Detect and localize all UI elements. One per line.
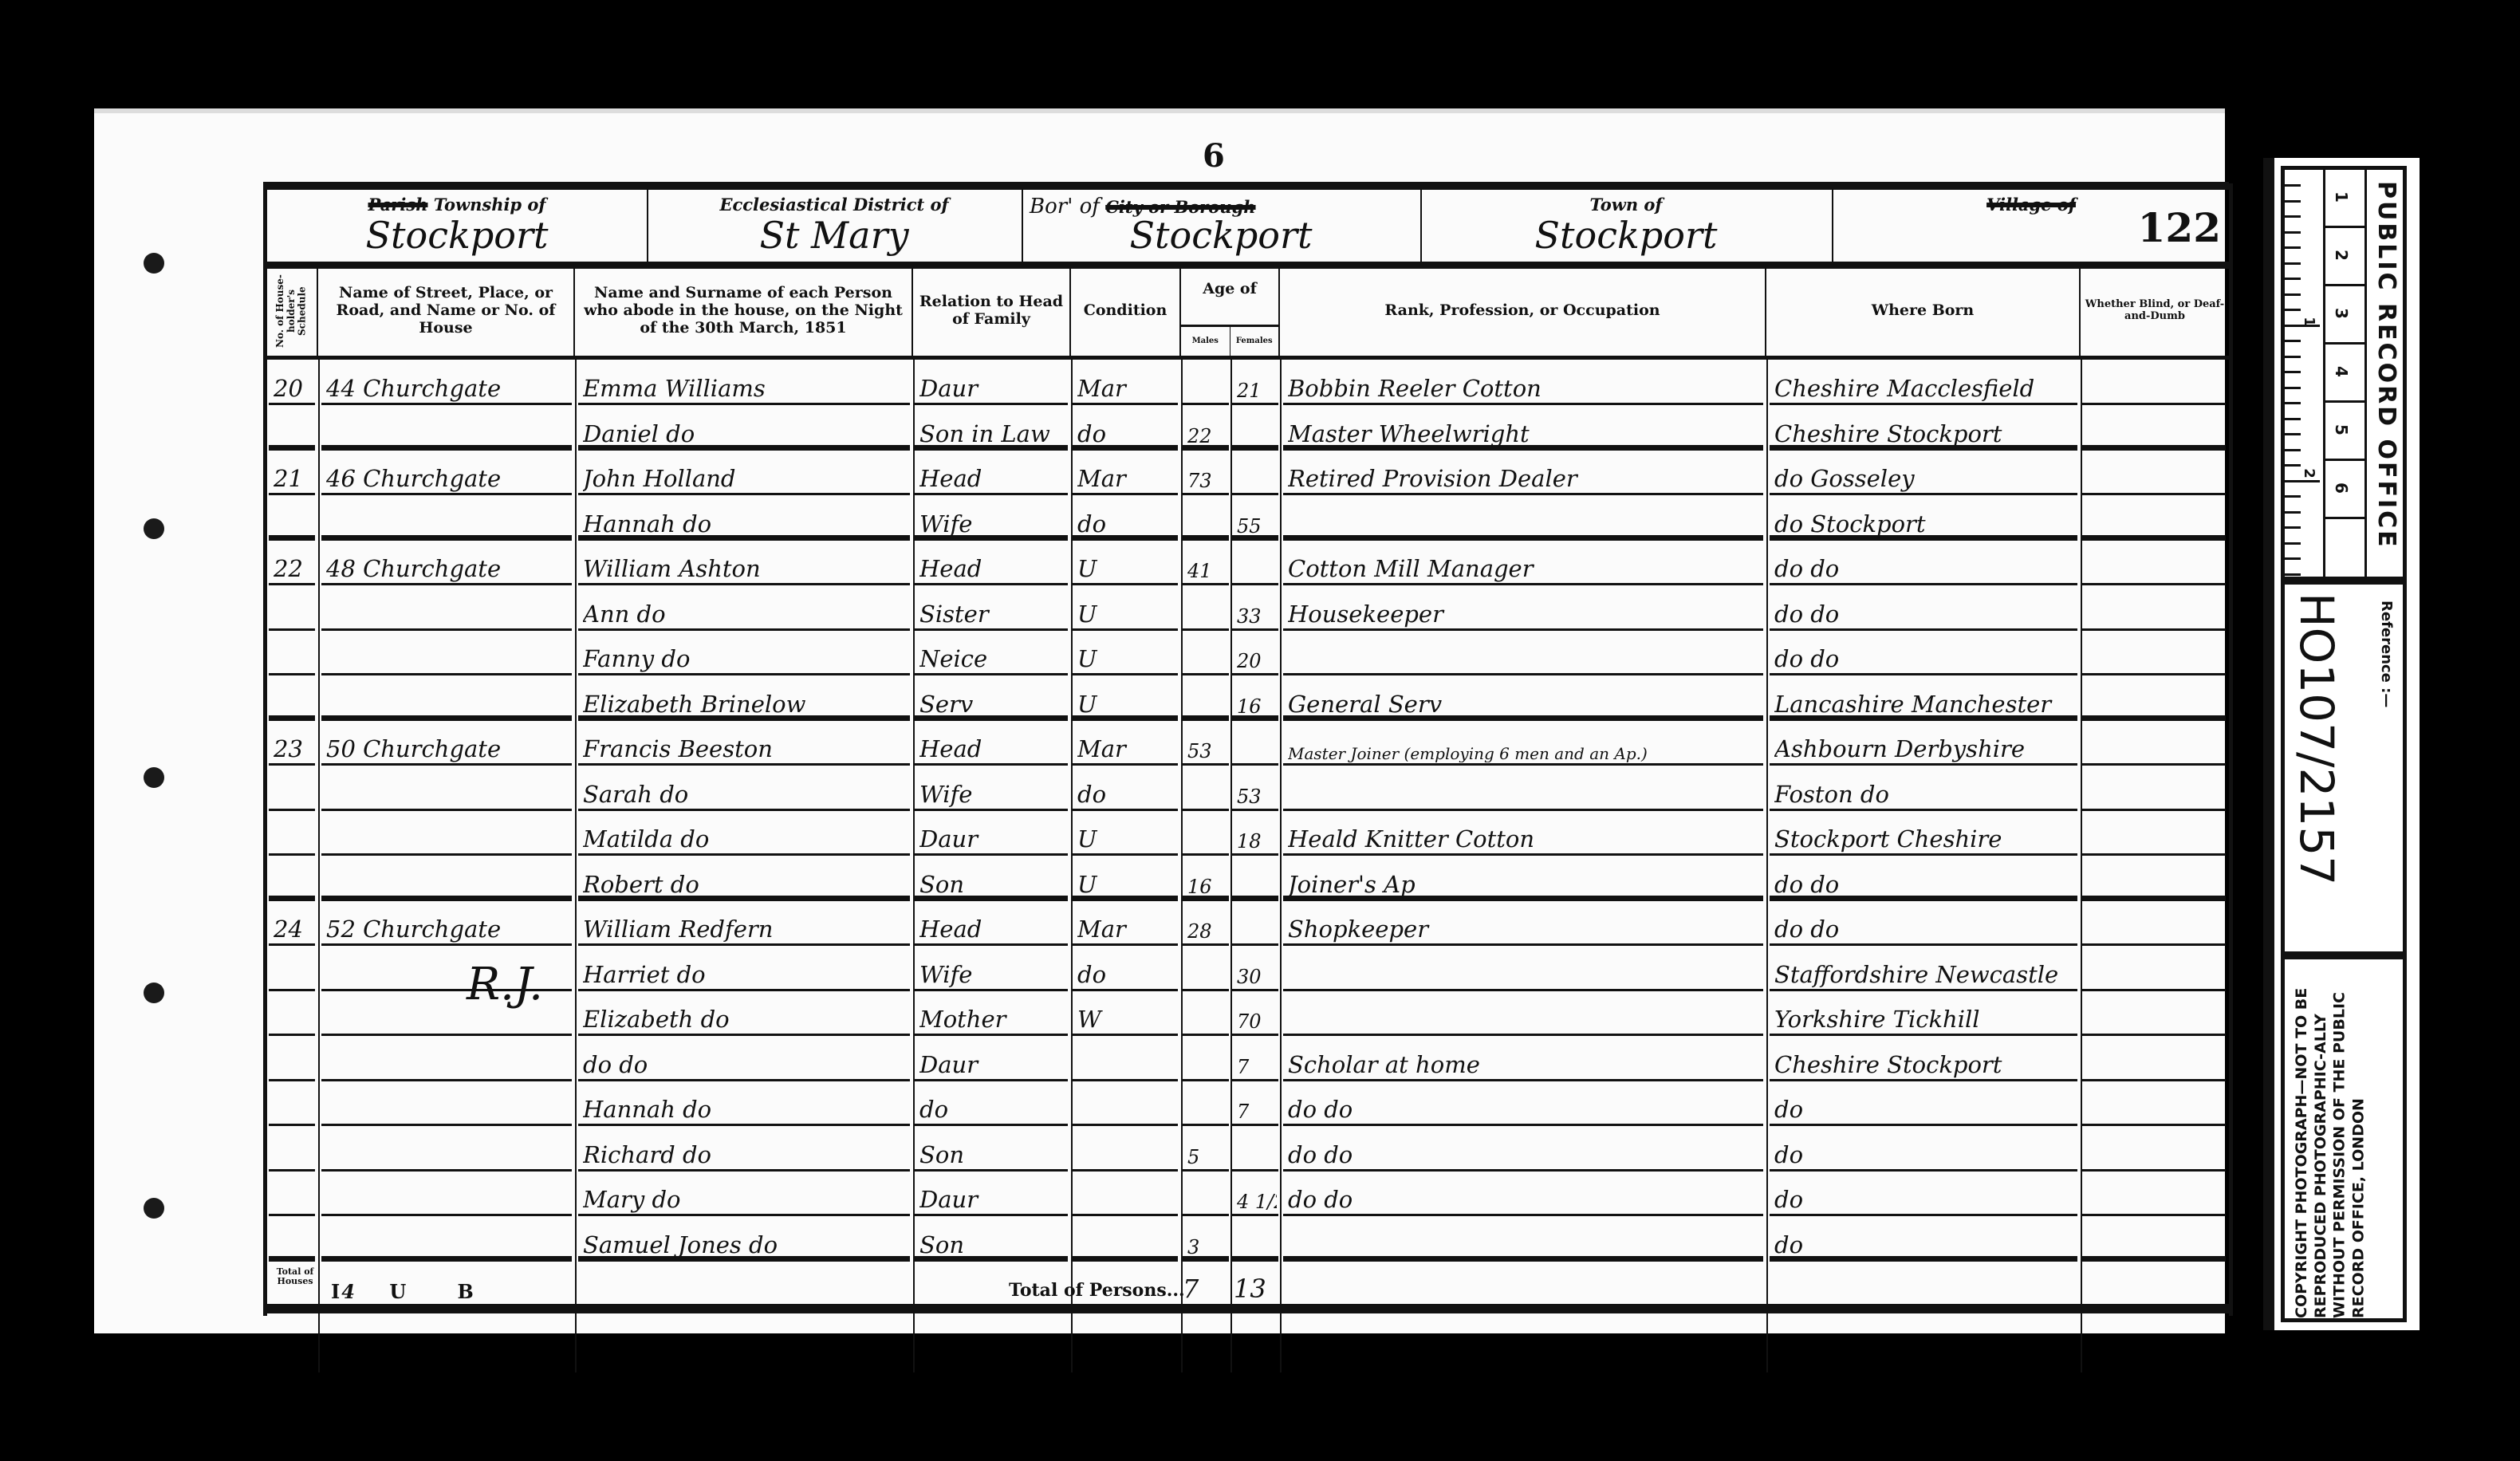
- scale-cell: 5: [2323, 403, 2364, 461]
- cell-age-m: 28: [1187, 920, 1227, 943]
- cell-relation: Sister: [919, 601, 1066, 628]
- cell-age-f: 18: [1237, 830, 1277, 853]
- form-bottom-border: [263, 1304, 2229, 1313]
- cell-name: Elizabeth Brinelow: [583, 691, 908, 718]
- cell-schedule: 21: [274, 465, 313, 492]
- struck-village-label: Village of: [1986, 195, 2076, 215]
- col-occupation: Rank, Profession, or Occupation: [1280, 266, 1766, 356]
- cell-birthplace: Foston do: [1774, 781, 2076, 808]
- cell-condition: do: [1077, 781, 1176, 808]
- cell-relation: Head: [919, 555, 1066, 582]
- town-label: Town of: [1420, 195, 1832, 215]
- cell-relation: Son: [919, 1231, 1066, 1258]
- cell-birthplace: do do: [1774, 645, 2076, 672]
- cell-relation: Daur: [919, 825, 1066, 853]
- col-condition: Condition: [1071, 266, 1181, 356]
- census-row: do doDaur7Scholar at homeCheshire Stockp…: [267, 1036, 2229, 1081]
- col-name: Name and Surname of each Person who abod…: [575, 266, 913, 356]
- cell-age-f: 30: [1237, 966, 1277, 988]
- cell-condition: U: [1077, 871, 1176, 898]
- ruler-tick: [2285, 246, 2301, 249]
- cell-birthplace: do: [1774, 1231, 2076, 1258]
- heading-town: Town of Stockport: [1420, 190, 1833, 262]
- census-row: 2452 ChurchgateWilliam RedfernHeadMar28S…: [267, 900, 2229, 946]
- census-row: Sarah doWifedo53Foston do: [267, 766, 2229, 811]
- census-row: Hannah doWifedo55do Stockport: [267, 495, 2229, 541]
- ruler-tick: [2285, 371, 2301, 373]
- census-row: 2044 ChurchgateEmma WilliamsDaurMar21Bob…: [267, 360, 2229, 405]
- cell-address: 44 Churchgate: [326, 375, 570, 402]
- pro-reference-box: Reference :— HO107/2157: [2281, 581, 2407, 955]
- cell-condition: do: [1077, 420, 1176, 447]
- ruler-tick: [2285, 340, 2301, 342]
- cell-occupation: Master Wheelwright: [1288, 420, 1762, 447]
- column-headers: No. of House-holder's Schedule Name of S…: [267, 266, 2229, 360]
- cell-relation: Neice: [919, 645, 1066, 672]
- cell-address: 50 Churchgate: [326, 735, 570, 762]
- scale-number: 3: [2332, 308, 2351, 319]
- cell-relation: Daur: [919, 1051, 1066, 1078]
- cell-address: 46 Churchgate: [326, 465, 570, 492]
- cell-relation: Son: [919, 871, 1066, 898]
- cell-age-m: 5: [1187, 1146, 1227, 1168]
- census-row: Fanny doNeiceU20do do: [267, 630, 2229, 675]
- cell-occupation: Bobbin Reeler Cotton: [1288, 375, 1762, 402]
- cell-relation: Head: [919, 916, 1066, 943]
- cell-age-f: 33: [1237, 605, 1277, 628]
- binding-hole: [144, 518, 164, 539]
- census-row: Richard doSon5do dodo: [267, 1126, 2229, 1172]
- cell-occupation: Joiner's Ap: [1288, 871, 1762, 898]
- cell-name: Samuel Jones do: [583, 1231, 908, 1258]
- cell-birthplace: do do: [1774, 555, 2076, 582]
- total-males: 7: [1183, 1274, 1199, 1304]
- ruler-tick: [2285, 293, 2301, 296]
- census-row: Elizabeth doMotherW70Yorkshire Tickhill: [267, 990, 2229, 1036]
- cell-name: Elizabeth do: [583, 1006, 908, 1033]
- census-row: 2248 ChurchgateWilliam AshtonHeadU41Cott…: [267, 540, 2229, 585]
- cell-birthplace: Yorkshire Tickhill: [1774, 1006, 2076, 1033]
- cell-address: 48 Churchgate: [326, 555, 570, 582]
- township-value: Stockport: [267, 214, 647, 257]
- scale-cell: 2: [2323, 228, 2364, 286]
- total-houses: I4 U B: [331, 1280, 475, 1303]
- borough-value: Stockport: [1022, 214, 1420, 257]
- ecclesiastical-label: Ecclesiastical District of: [647, 195, 1022, 215]
- ruler-tick: [2285, 278, 2301, 280]
- cell-age-m: 53: [1187, 740, 1227, 762]
- ruler-tick: [2285, 418, 2301, 420]
- cell-birthplace: Ashbourn Derbyshire: [1774, 735, 2076, 762]
- total-females: 13: [1234, 1274, 1266, 1304]
- cell-relation: Wife: [919, 781, 1066, 808]
- pro-copyright-box: COPYRIGHT PHOTOGRAPH—NOT TO BE REPRODUCE…: [2281, 955, 2407, 1322]
- pro-strip: 12 123456 PUBLIC RECORD OFFICE Reference…: [2263, 158, 2420, 1330]
- ruler-tick: [2285, 449, 2301, 451]
- heading-village: Village of 122: [1832, 190, 2229, 262]
- cell-relation: Daur: [919, 375, 1066, 402]
- scale-number: 4: [2332, 366, 2351, 377]
- cell-birthplace: do: [1774, 1186, 2076, 1213]
- binding-hole: [144, 253, 164, 274]
- ruler-number: 2: [2301, 468, 2317, 478]
- cell-relation: Head: [919, 735, 1066, 762]
- cell-condition: U: [1077, 601, 1176, 628]
- census-row: Harriet doWifedo30Staffordshire Newcastl…: [267, 946, 2229, 991]
- scale-cells: 123456: [2323, 170, 2367, 577]
- census-row: Robert doSonU16Joiner's Apdo do: [267, 856, 2229, 901]
- page-number: 6: [1203, 137, 1225, 175]
- ruler-tick: [2285, 542, 2301, 545]
- cell-occupation: General Serv: [1288, 691, 1762, 718]
- cell-relation: do: [919, 1096, 1066, 1123]
- ruler-tick: [2285, 464, 2301, 467]
- cell-name: Hannah do: [583, 510, 908, 538]
- scale-cell: 3: [2323, 286, 2364, 345]
- scale-cell: 1: [2323, 170, 2364, 228]
- ruler-tick: [2285, 511, 2301, 514]
- margin-annotation: R.J.: [467, 959, 543, 1010]
- binding-hole: [144, 983, 164, 1003]
- cell-age-m: 3: [1187, 1236, 1227, 1258]
- ruler-tick: [2285, 402, 2301, 404]
- census-row: 2350 ChurchgateFrancis BeestonHeadMar53M…: [267, 720, 2229, 766]
- cell-relation: Serv: [919, 691, 1066, 718]
- cell-condition: U: [1077, 691, 1176, 718]
- cell-name: Francis Beeston: [583, 735, 908, 762]
- col-age: Age of Males Females: [1181, 266, 1280, 356]
- copyright-notice: COPYRIGHT PHOTOGRAPH—NOT TO BE REPRODUCE…: [2293, 967, 2368, 1318]
- cell-age-f: 20: [1237, 650, 1277, 672]
- cell-name: Emma Williams: [583, 375, 908, 402]
- cell-condition: W: [1077, 1006, 1176, 1033]
- cell-relation: Son in Law: [919, 420, 1066, 447]
- ruler-tick: [2285, 184, 2301, 187]
- cell-condition: Mar: [1077, 735, 1176, 762]
- cell-occupation: do do: [1288, 1096, 1762, 1123]
- cell-birthplace: Cheshire Stockport: [1774, 1051, 2076, 1078]
- cell-schedule: 22: [274, 555, 313, 582]
- cell-schedule: 23: [274, 735, 313, 762]
- ruler-tick: [2285, 480, 2320, 482]
- cell-occupation: Master Joiner (employing 6 men and an Ap…: [1288, 746, 1762, 762]
- cell-age-f: 7: [1237, 1056, 1277, 1078]
- struck-parish-label: Parish: [368, 195, 428, 215]
- cell-occupation: Housekeeper: [1288, 601, 1762, 628]
- cell-name: John Holland: [583, 465, 908, 492]
- cell-age-m: 73: [1187, 470, 1227, 492]
- cell-birthplace: do Gosseley: [1774, 465, 2076, 492]
- cell-condition: U: [1077, 825, 1176, 853]
- total-houses-label: Total of Houses: [270, 1267, 320, 1286]
- ruler-tick: [2285, 387, 2301, 389]
- cell-name: Ann do: [583, 601, 908, 628]
- cell-relation: Daur: [919, 1186, 1066, 1213]
- cell-relation: Son: [919, 1141, 1066, 1168]
- col-address: Name of Street, Place, or Road, and Name…: [318, 266, 575, 356]
- cell-age-f: 7: [1237, 1101, 1277, 1123]
- cell-birthplace: Stockport Cheshire: [1774, 825, 2076, 853]
- census-row: Samuel Jones doSon3do: [267, 1216, 2229, 1262]
- ruler-tick: [2285, 573, 2301, 576]
- cell-relation: Wife: [919, 961, 1066, 988]
- census-entries: 2044 ChurchgateEmma WilliamsDaurMar21Bob…: [267, 360, 2229, 1420]
- heading-ecclesiastical: Ecclesiastical District of St Mary: [647, 190, 1023, 262]
- ecclesiastical-value: St Mary: [647, 214, 1022, 257]
- census-row: Elizabeth BrinelowServU16General ServLan…: [267, 675, 2229, 721]
- cell-occupation: Retired Provision Dealer: [1288, 465, 1762, 492]
- heading-township: Parish Township of Stockport: [267, 190, 648, 262]
- cell-birthplace: do: [1774, 1141, 2076, 1168]
- cell-condition: Mar: [1077, 375, 1176, 402]
- heading-borough: Bor' of City or Borough Stockport: [1022, 190, 1422, 262]
- cell-occupation: do do: [1288, 1186, 1762, 1213]
- cell-birthplace: Cheshire Macclesfield: [1774, 375, 2076, 402]
- cell-condition: Mar: [1077, 465, 1176, 492]
- cell-birthplace: do do: [1774, 871, 2076, 898]
- binding-hole: [144, 767, 164, 788]
- cell-condition: do: [1077, 961, 1176, 988]
- cell-birthplace: do do: [1774, 601, 2076, 628]
- cell-name: Hannah do: [583, 1096, 908, 1123]
- binding-hole: [144, 1198, 164, 1219]
- scale-number: 5: [2332, 424, 2351, 435]
- cell-age-f: 21: [1237, 380, 1277, 402]
- cell-birthplace: Staffordshire Newcastle: [1774, 961, 2076, 988]
- cell-age-f: 55: [1237, 515, 1277, 538]
- cell-relation: Head: [919, 465, 1066, 492]
- cell-name: Harriet do: [583, 961, 908, 988]
- col-birthplace: Where Born: [1766, 266, 2081, 356]
- ruler-tick: [2285, 309, 2301, 311]
- scale-number: 2: [2332, 250, 2351, 261]
- cell-birthplace: do do: [1774, 916, 2076, 943]
- form-heading: Parish Township of Stockport Ecclesiasti…: [267, 190, 2229, 269]
- cell-age-m: 16: [1187, 876, 1227, 898]
- cell-age-m: 22: [1187, 425, 1227, 447]
- cell-condition: Mar: [1077, 916, 1176, 943]
- cell-name: Matilda do: [583, 825, 908, 853]
- cell-birthplace: Cheshire Stockport: [1774, 420, 2076, 447]
- census-row: Hannah dodo7do dodo: [267, 1081, 2229, 1126]
- cell-name: Richard do: [583, 1141, 908, 1168]
- page-code: 122: [2138, 204, 2221, 251]
- census-form: Parish Township of Stockport Ecclesiasti…: [263, 183, 2233, 1316]
- ruler-tick: [2285, 215, 2301, 218]
- scale-number: 6: [2332, 482, 2351, 494]
- total-persons-label: Total of Persons...: [1009, 1280, 1185, 1301]
- cell-name: William Ashton: [583, 555, 908, 582]
- cell-age-f: 4 1/2: [1237, 1191, 1277, 1213]
- census-row: Mary doDaur4 1/2do dodo: [267, 1171, 2229, 1216]
- cell-relation: Wife: [919, 510, 1066, 538]
- col-infirmity: Whether Blind, or Deaf-and-Dumb: [2081, 266, 2229, 356]
- cell-condition: do: [1077, 510, 1176, 538]
- cell-age-m: 41: [1187, 560, 1227, 582]
- scale-number: 1: [2332, 191, 2351, 203]
- cell-relation: Mother: [919, 1006, 1066, 1033]
- ruler-tick: [2285, 200, 2301, 203]
- cell-name: William Redfern: [583, 916, 908, 943]
- cell-age-f: 70: [1237, 1010, 1277, 1033]
- cell-name: Robert do: [583, 871, 908, 898]
- town-value: Stockport: [1420, 214, 1832, 257]
- cell-age-f: 16: [1237, 695, 1277, 718]
- cell-name: Daniel do: [583, 420, 908, 447]
- scale-cell: 4: [2323, 345, 2364, 403]
- ruler-tick: [2285, 557, 2301, 560]
- ruler-tick: [2285, 495, 2301, 498]
- cell-schedule: 20: [274, 375, 313, 402]
- reference-value: HO107/2157: [2290, 593, 2344, 885]
- cell-birthplace: Lancashire Manchester: [1774, 691, 2076, 718]
- col-relation: Relation to Head of Family: [913, 266, 1071, 356]
- ruler-tick: [2285, 262, 2301, 265]
- township-label: Township of: [434, 195, 546, 215]
- cell-name: do do: [583, 1051, 908, 1078]
- cell-name: Sarah do: [583, 781, 908, 808]
- cell-schedule: 24: [274, 916, 313, 943]
- ruler-number: 1: [2301, 317, 2317, 327]
- ruler-tick: [2285, 433, 2301, 435]
- ruler-tick: [2285, 526, 2301, 529]
- scale-cell: 6: [2323, 461, 2364, 519]
- census-row: Daniel doSon in Lawdo22Master Wheelwrigh…: [267, 405, 2229, 451]
- census-row: Matilda doDaurU18Heald Knitter CottonSto…: [267, 810, 2229, 856]
- col-schedule: No. of House-holder's Schedule: [267, 266, 318, 356]
- ruler: 12: [2285, 170, 2325, 577]
- cell-condition: U: [1077, 645, 1176, 672]
- cell-occupation: Cotton Mill Manager: [1288, 555, 1762, 582]
- cell-age-f: 53: [1237, 786, 1277, 808]
- census-row: Ann doSisterU33Housekeeperdo do: [267, 585, 2229, 631]
- cell-birthplace: do Stockport: [1774, 510, 2076, 538]
- cell-condition: U: [1077, 555, 1176, 582]
- cell-name: Fanny do: [583, 645, 908, 672]
- census-row: 2146 ChurchgateJohn HollandHeadMar73Reti…: [267, 450, 2229, 495]
- age-header: Age of: [1203, 281, 1257, 298]
- cell-occupation: Heald Knitter Cotton: [1288, 825, 1762, 853]
- ruler-tick: [2285, 231, 2301, 234]
- age-females-header: Females: [1230, 327, 1279, 356]
- cell-occupation: do do: [1288, 1141, 1762, 1168]
- pro-scale-box: 12 123456 PUBLIC RECORD OFFICE: [2281, 166, 2407, 581]
- cell-name: Mary do: [583, 1186, 908, 1213]
- cell-occupation: Scholar at home: [1288, 1051, 1762, 1078]
- age-males-header: Males: [1181, 327, 1230, 356]
- pro-title: PUBLIC RECORD OFFICE: [2372, 181, 2400, 549]
- cell-birthplace: do: [1774, 1096, 2076, 1123]
- ruler-tick: [2285, 356, 2301, 358]
- cell-occupation: Shopkeeper: [1288, 916, 1762, 943]
- reference-label: Reference :—: [2378, 601, 2395, 707]
- cell-address: 52 Churchgate: [326, 916, 570, 943]
